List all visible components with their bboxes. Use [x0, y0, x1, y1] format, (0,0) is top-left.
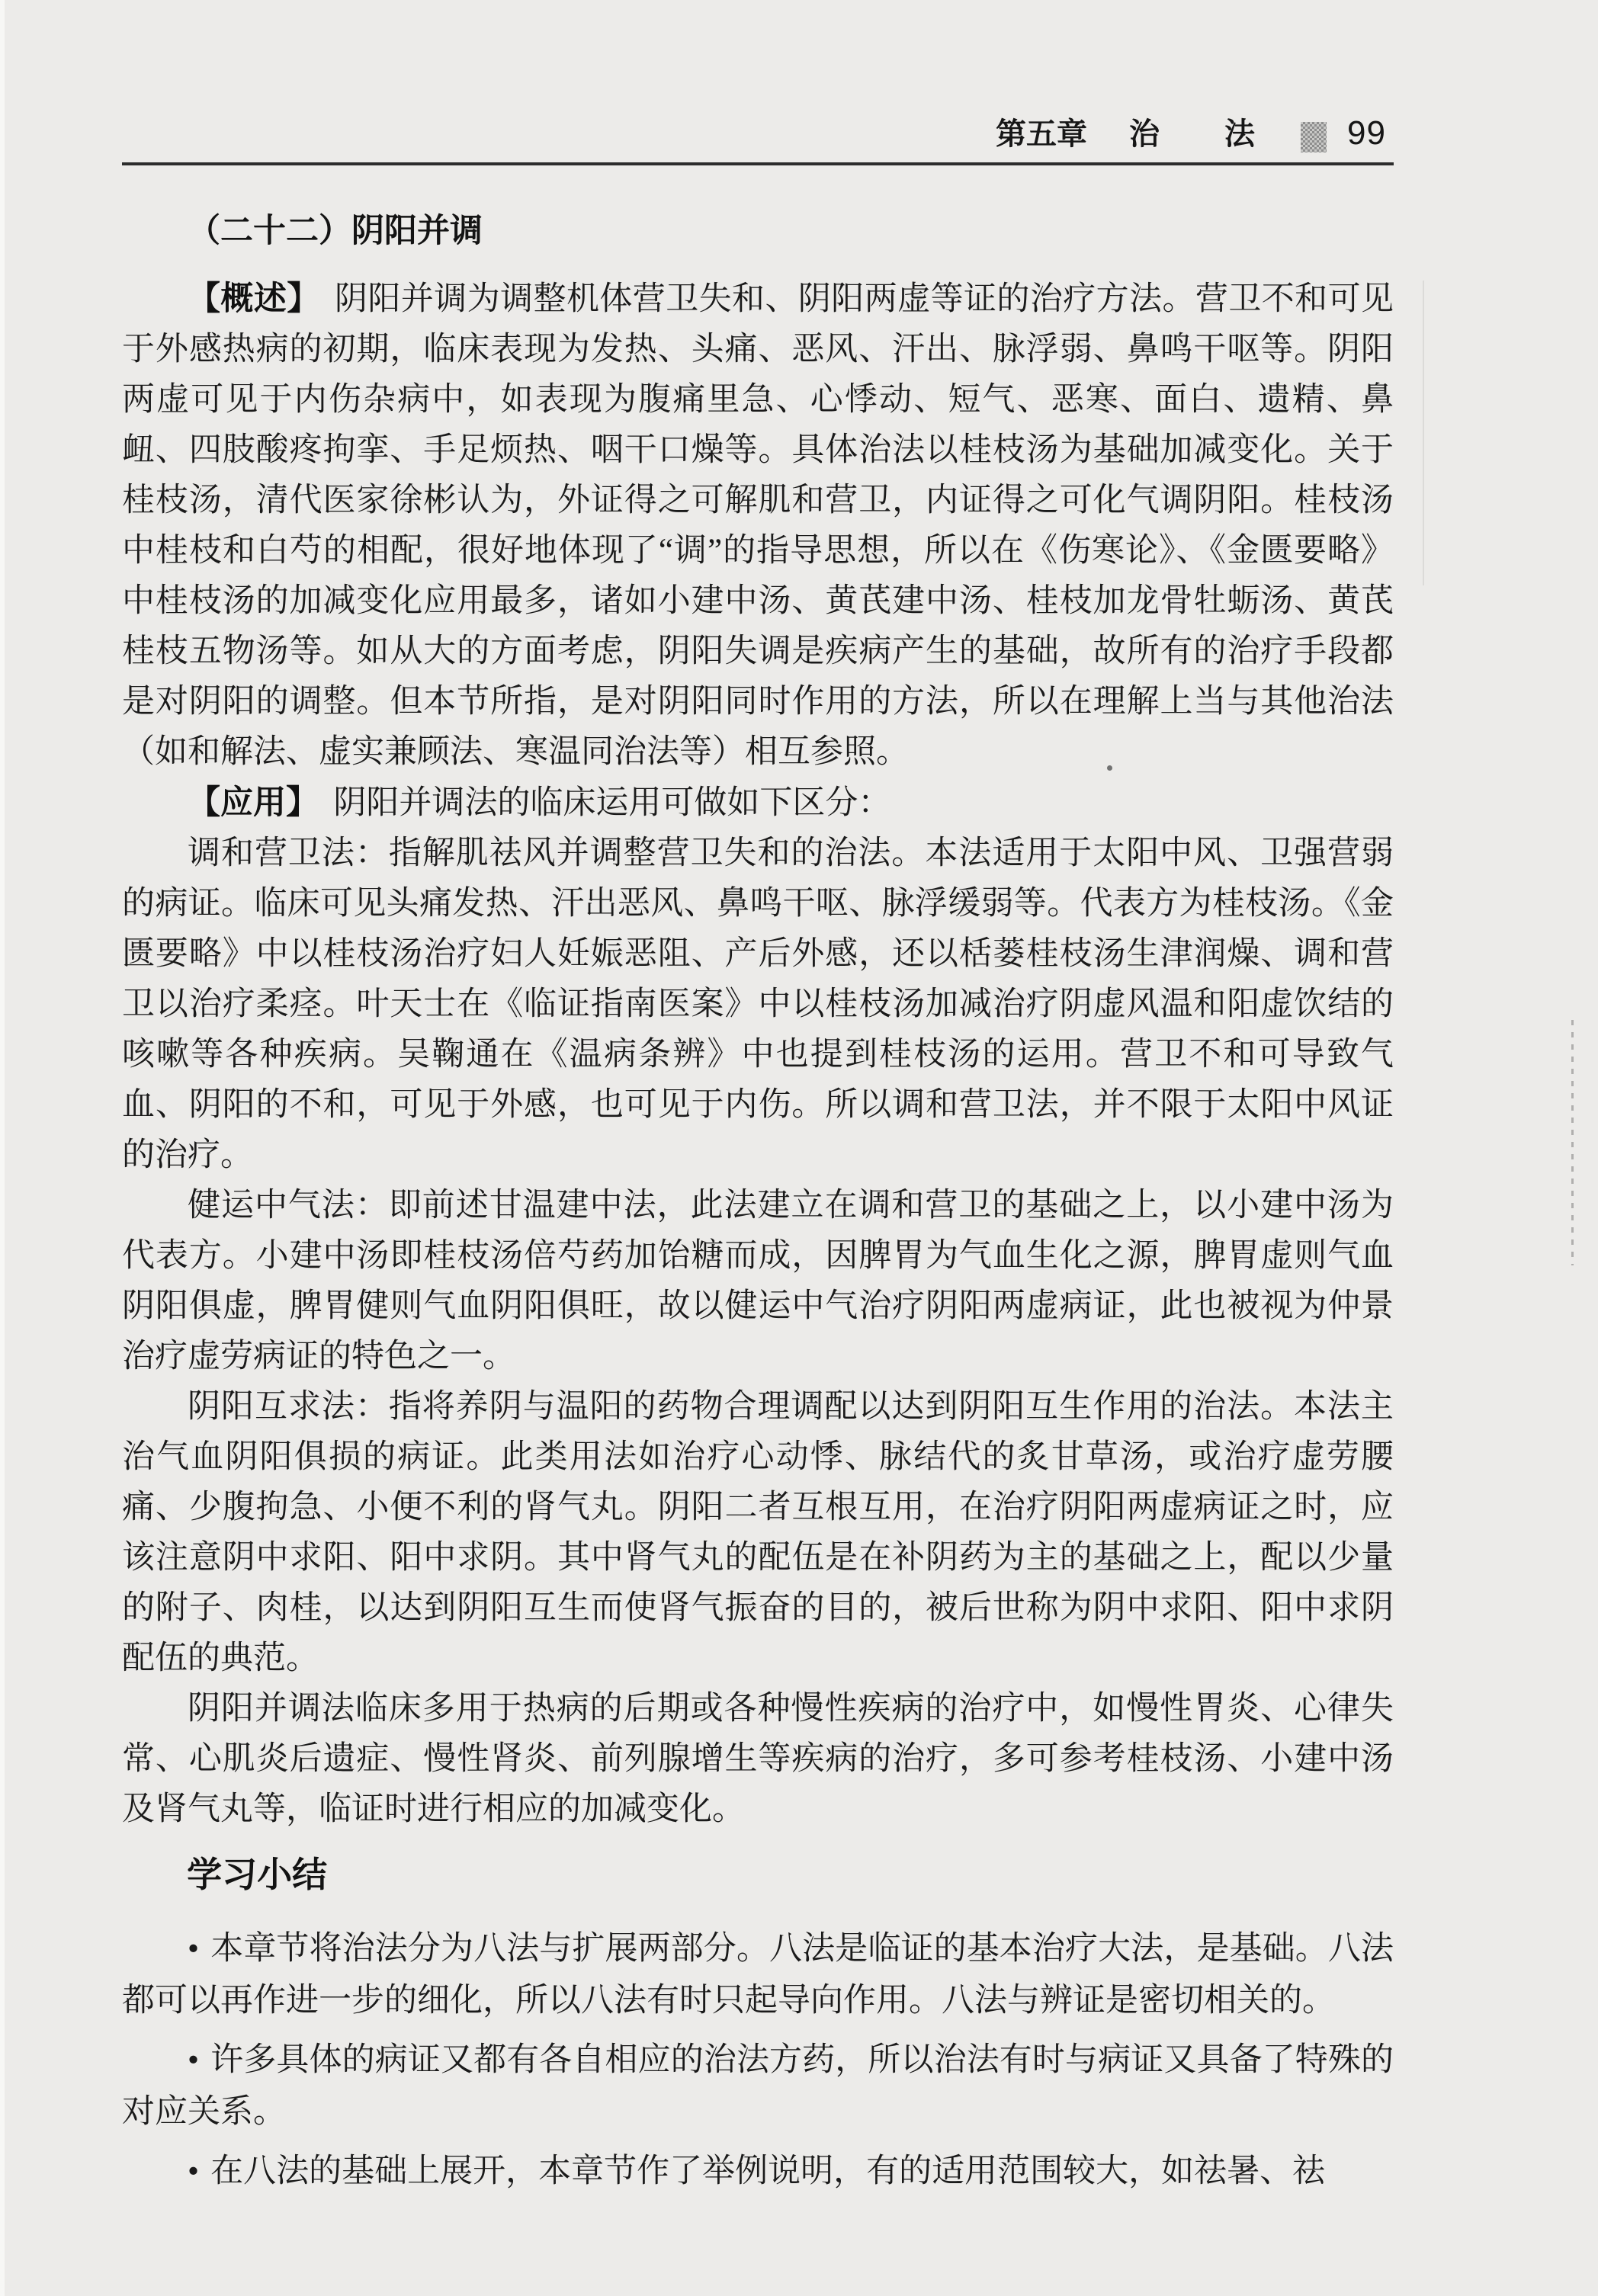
- header-chapter: 第五章: [996, 115, 1087, 153]
- bullet-icon: •: [188, 2153, 199, 2189]
- paragraph-yinyang-huqiu: 阴阳互求法：指将养阴与温阳的药物合理调配以达到阴阳互生作用的治法。本法主治气血阴…: [122, 1382, 1394, 1684]
- bullet-text: 本章节将治法分为八法与扩展两部分。八法是临证的基本治疗大法，是基础。八法都可以再…: [122, 1931, 1394, 2019]
- overview-marker: 【概述】: [188, 281, 320, 317]
- bullet-icon: •: [188, 2042, 199, 2078]
- page-number: 99: [1347, 114, 1386, 152]
- paragraph-overview: 【概述】阴阳并调为调整机体营卫失和、阴阳两虚等证的治疗方法。营卫不和可见于外感热…: [122, 274, 1394, 778]
- paragraph-application: 【应用】阴阳并调法的临床运用可做如下区分：: [122, 778, 1394, 829]
- page-content: 第五章 治 法 99 （二十二）阴阳并调 【概述】阴阳并调为调整机体营卫失和、阴…: [122, 114, 1394, 2205]
- header-title-char-2: 法: [1224, 115, 1255, 153]
- paragraph-clinical-use: 阴阳并调法临床多用于热病的后期或各种慢性疾病的治疗中，如慢性胃炎、心律失常、心肌…: [122, 1684, 1394, 1835]
- section-title: （二十二）阴阳并调: [122, 208, 1394, 254]
- scan-speck: [1107, 765, 1112, 771]
- bullet-text: 许多具体的病证又都有各自相应的治法方药，所以治法有时与病证又具备了特殊的对应关系…: [122, 2042, 1394, 2130]
- scan-gutter-line-artifact: [1423, 281, 1424, 585]
- paragraph-tiaohe-yingwei: 调和营卫法：指解肌祛风并调整营卫失和的治法。本法适用于太阳中风、卫强营弱的病证。…: [122, 829, 1394, 1181]
- bullet-text: 在八法的基础上展开，本章节作了举例说明，有的适用范围较大，如祛暑、祛: [210, 2153, 1325, 2189]
- summary-bullet-2: •许多具体的病证又都有各自相应的治法方药，所以治法有时与病证又具备了特殊的对应关…: [122, 2035, 1394, 2138]
- scan-speck: [168, 1608, 172, 1613]
- paragraph-text: 阴阳并调法的临床运用可做如下区分：: [333, 785, 890, 821]
- paragraph-text: 阴阳互求法：指将养阴与温阳的药物合理调配以达到阴阳互生作用的治法。本法主治气血阴…: [122, 1389, 1394, 1676]
- book-page: 第五章 治 法 99 （二十二）阴阳并调 【概述】阴阳并调为调整机体营卫失和、阴…: [0, 0, 1598, 2296]
- bullet-icon: •: [188, 1931, 199, 1967]
- summary-bullet-3: •在八法的基础上展开，本章节作了举例说明，有的适用范围较大，如祛暑、祛: [122, 2146, 1394, 2198]
- header-title-char-1: 治: [1129, 115, 1160, 153]
- summary-heading: 学习小结: [122, 1853, 1394, 1896]
- paragraph-text: 阴阳并调法临床多用于热病的后期或各种慢性疾病的治疗中，如慢性胃炎、心律失常、心肌…: [122, 1691, 1394, 1827]
- summary-bullet-1: •本章节将治法分为八法与扩展两部分。八法是临证的基本治疗大法，是基础。八法都可以…: [122, 1923, 1394, 2027]
- halftone-square-icon: [1301, 122, 1327, 152]
- scan-edge-strip: [0, 0, 5, 2296]
- paragraph-jianyun-zhongqi: 健运中气法：即前述甘温建中法，此法建立在调和营卫的基础之上，以小建中汤为代表方。…: [122, 1181, 1394, 1382]
- page-header: 第五章 治 法 99: [122, 114, 1394, 165]
- paragraph-text: 阴阳并调为调整机体营卫失和、阴阳两虚等证的治疗方法。营卫不和可见于外感热病的初期…: [122, 281, 1394, 770]
- scan-dotted-line-artifact: [1571, 1020, 1574, 1265]
- paragraph-text: 调和营卫法：指解肌祛风并调整营卫失和的治法。本法适用于太阳中风、卫强营弱的病证。…: [122, 835, 1394, 1173]
- application-marker: 【应用】: [188, 784, 319, 821]
- paragraph-text: 健运中气法：即前述甘温建中法，此法建立在调和营卫的基础之上，以小建中汤为代表方。…: [122, 1188, 1394, 1374]
